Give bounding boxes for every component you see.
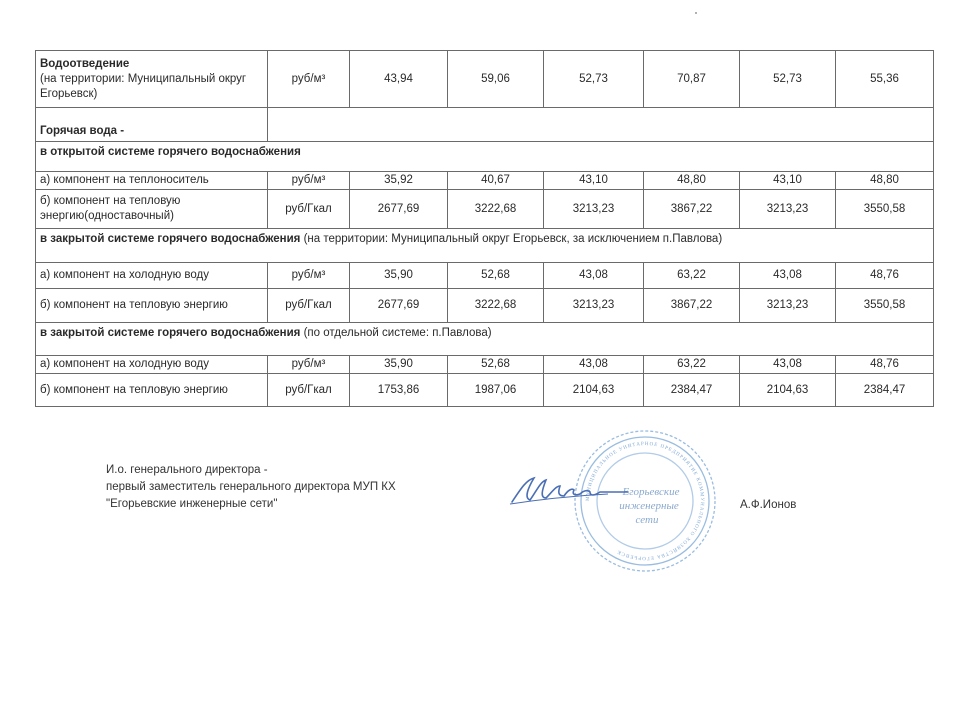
signatory-name: А.Ф.Ионов — [740, 499, 796, 511]
value-cell: 3213,23 — [740, 289, 836, 323]
value-cell: 48,76 — [836, 263, 934, 289]
value-cell: 48,80 — [644, 172, 740, 190]
row-heat-energy-component-pavlova: б) компонент на тепловую энергию руб/Гка… — [36, 374, 934, 407]
value-cell: 3222,68 — [448, 289, 544, 323]
scan-speck — [695, 12, 697, 14]
section-heading: Горячая вода - — [36, 108, 268, 142]
value-cell: 2677,69 — [350, 190, 448, 229]
value-cell: 70,87 — [644, 51, 740, 108]
row-cold-water-component: а) компонент на холодную воду руб/м³ 35,… — [36, 263, 934, 289]
unit-cell: руб/Гкал — [268, 289, 350, 323]
value-cell: 3550,58 — [836, 190, 934, 229]
value-cell: 55,36 — [836, 51, 934, 108]
row-name: Водоотведение (на территории: Муниципаль… — [36, 51, 268, 108]
value-cell: 43,10 — [740, 172, 836, 190]
row-heat-carrier: а) компонент на теплоноситель руб/м³ 35,… — [36, 172, 934, 190]
unit-cell: руб/м³ — [268, 172, 350, 190]
value-cell: 48,80 — [836, 172, 934, 190]
row-heat-energy-single: б) компонент на тепловую энергию(односта… — [36, 190, 934, 229]
value-cell: 3213,23 — [544, 289, 644, 323]
value-cell: 3222,68 — [448, 190, 544, 229]
row-name: б) компонент на тепловую энергию — [36, 374, 268, 407]
value-cell: 43,08 — [740, 263, 836, 289]
tariff-table: Водоотведение (на территории: Муниципаль… — [35, 50, 934, 407]
row-name: б) компонент на тепловую энергию(односта… — [36, 190, 268, 229]
value-cell: 43,94 — [350, 51, 448, 108]
value-cell: 2104,63 — [740, 374, 836, 407]
empty-cell — [268, 108, 934, 142]
row-name: а) компонент на холодную воду — [36, 263, 268, 289]
signatory-title: И.о. генерального директора - первый зам… — [106, 462, 396, 513]
value-cell: 3550,58 — [836, 289, 934, 323]
section-title: в закрытой системе горячего водоснабжени… — [40, 327, 300, 339]
row-hot-water-header: Горячая вода - — [36, 108, 934, 142]
section-title: в закрытой системе горячего водоснабжени… — [40, 233, 300, 245]
value-cell: 2384,47 — [644, 374, 740, 407]
row-closed-system-main: в закрытой системе горячего водоснабжени… — [36, 229, 934, 263]
value-cell: 2677,69 — [350, 289, 448, 323]
row-title: Водоотведение — [40, 58, 129, 70]
row-subtitle: (на территории: Муниципальный округ Егор… — [40, 73, 246, 100]
signatory-line: И.о. генерального директора - — [106, 462, 396, 479]
unit-cell: руб/м³ — [268, 263, 350, 289]
value-cell: 59,06 — [448, 51, 544, 108]
value-cell: 3213,23 — [544, 190, 644, 229]
value-cell: 63,22 — [644, 356, 740, 374]
value-cell: 43,08 — [544, 356, 644, 374]
unit-cell: руб/Гкал — [268, 190, 350, 229]
value-cell: 35,90 — [350, 263, 448, 289]
value-cell: 3867,22 — [644, 190, 740, 229]
value-cell: 52,68 — [448, 263, 544, 289]
row-name: а) компонент на теплоноситель — [36, 172, 268, 190]
section-title: в открытой системе горячего водоснабжени… — [40, 146, 301, 158]
value-cell: 3213,23 — [740, 190, 836, 229]
signature-icon — [508, 470, 648, 510]
unit-cell: руб/м³ — [268, 356, 350, 374]
value-cell: 40,67 — [448, 172, 544, 190]
value-cell: 52,73 — [544, 51, 644, 108]
row-wastewater: Водоотведение (на территории: Муниципаль… — [36, 51, 934, 108]
value-cell: 3867,22 — [644, 289, 740, 323]
value-cell: 52,68 — [448, 356, 544, 374]
row-name: б) компонент на тепловую энергию — [36, 289, 268, 323]
row-closed-system-pavlova: в закрытой системе горячего водоснабжени… — [36, 323, 934, 356]
value-cell: 2384,47 — [836, 374, 934, 407]
value-cell: 1987,06 — [448, 374, 544, 407]
section-heading: в закрытой системе горячего водоснабжени… — [36, 323, 934, 356]
value-cell: 35,92 — [350, 172, 448, 190]
signatory-line: "Егорьевские инженерные сети" — [106, 496, 396, 513]
unit-cell: руб/м³ — [268, 51, 350, 108]
row-name: а) компонент на холодную воду — [36, 356, 268, 374]
section-note: (на территории: Муниципальный округ Егор… — [300, 233, 722, 245]
signatory-line: первый заместитель генерального директор… — [106, 479, 396, 496]
section-heading: в открытой системе горячего водоснабжени… — [36, 142, 934, 172]
value-cell: 63,22 — [644, 263, 740, 289]
section-note: (по отдельной системе: п.Павлова) — [300, 327, 491, 339]
value-cell: 1753,86 — [350, 374, 448, 407]
value-cell: 43,08 — [740, 356, 836, 374]
value-cell: 35,90 — [350, 356, 448, 374]
value-cell: 43,10 — [544, 172, 644, 190]
row-heat-energy-component: б) компонент на тепловую энергию руб/Гка… — [36, 289, 934, 323]
row-open-system: в открытой системе горячего водоснабжени… — [36, 142, 934, 172]
value-cell: 43,08 — [544, 263, 644, 289]
value-cell: 2104,63 — [544, 374, 644, 407]
unit-cell: руб/Гкал — [268, 374, 350, 407]
value-cell: 48,76 — [836, 356, 934, 374]
row-cold-water-component-pavlova: а) компонент на холодную воду руб/м³ 35,… — [36, 356, 934, 374]
svg-text:сети: сети — [636, 514, 659, 526]
value-cell: 52,73 — [740, 51, 836, 108]
section-heading: в закрытой системе горячего водоснабжени… — [36, 229, 934, 263]
